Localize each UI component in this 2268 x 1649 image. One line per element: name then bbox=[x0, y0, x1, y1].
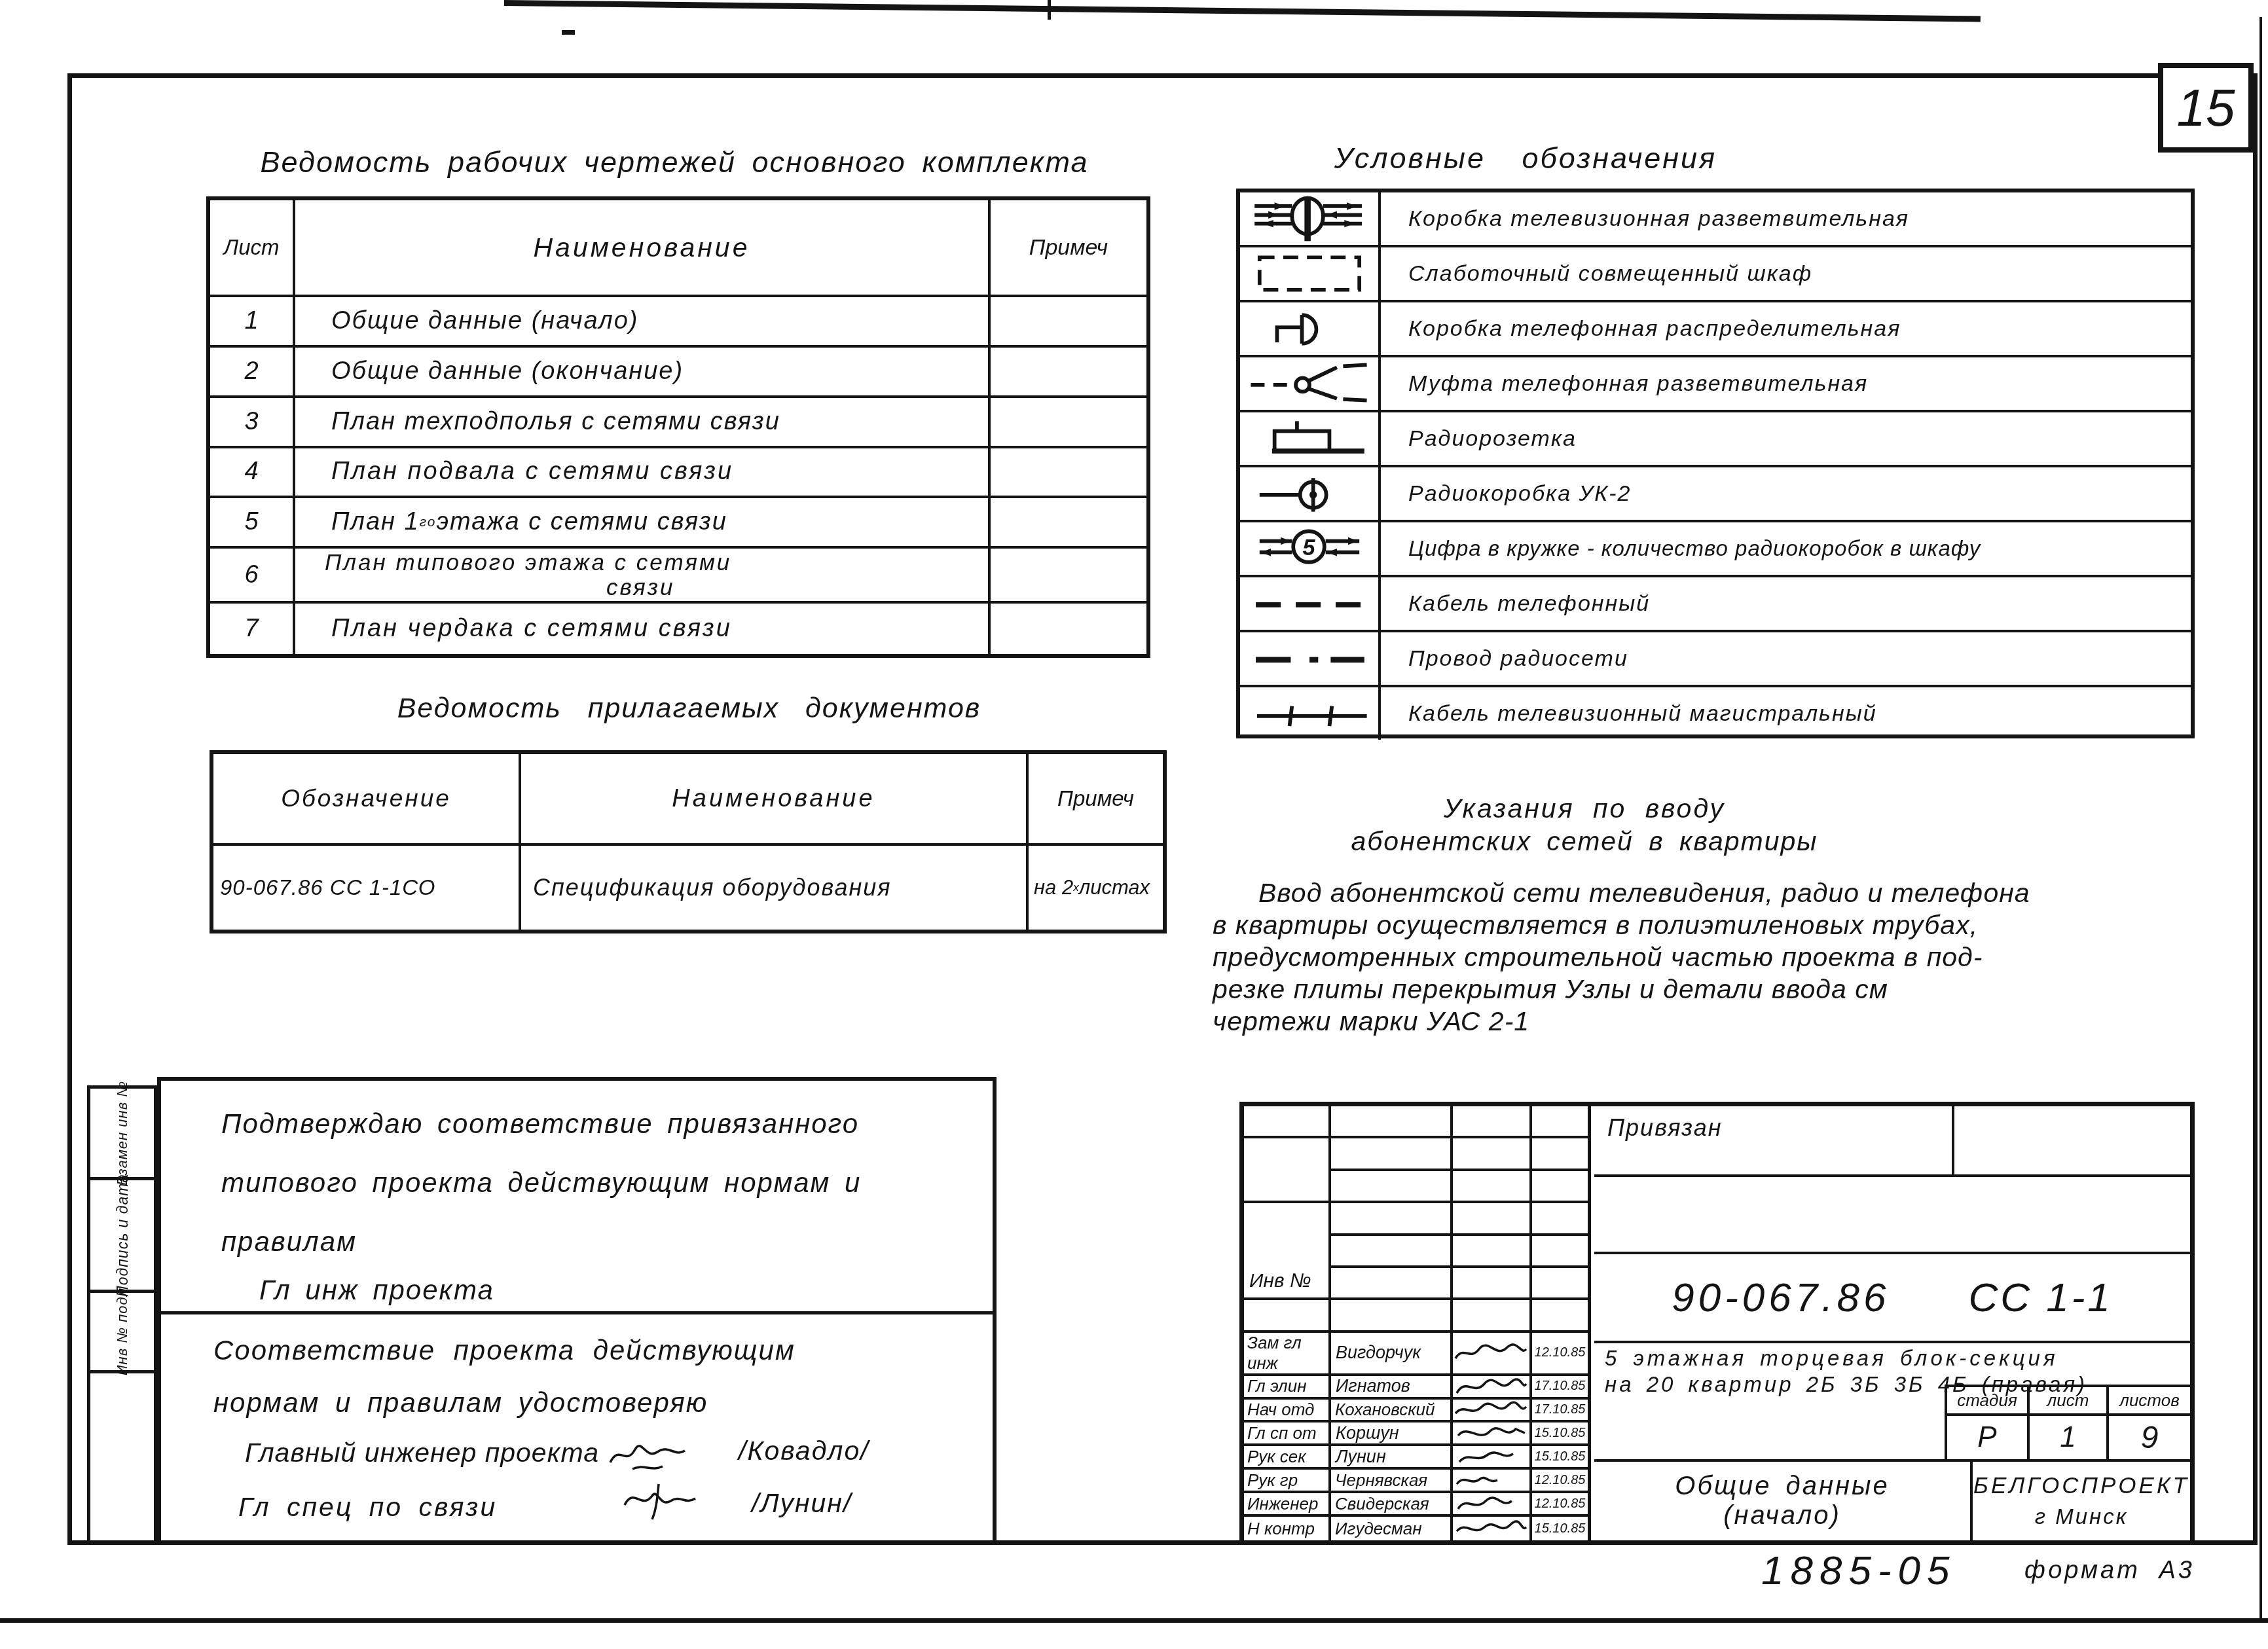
revision-cell bbox=[1331, 1268, 1453, 1300]
project-band: 5 этажная торцевая блок-секция на 20 ква… bbox=[1594, 1343, 2190, 1462]
revision-cell bbox=[1244, 1138, 1331, 1203]
doc-number: 90-067.86 bbox=[1672, 1275, 1890, 1321]
drawing-row-num: 2 bbox=[210, 348, 295, 398]
personnel-role: Гл сп от bbox=[1244, 1422, 1331, 1446]
radio-socket-icon bbox=[1240, 412, 1378, 465]
documents-table-title: Ведомость прилагаемых документов bbox=[210, 693, 1169, 725]
document-row-code: 90-067.86 СС 1-1СО bbox=[213, 846, 521, 930]
side-strip-label: Инв № подл bbox=[114, 1288, 131, 1375]
personnel-role: Нач отд bbox=[1244, 1400, 1331, 1423]
legend-label: Провод радиосети bbox=[1381, 632, 2191, 687]
title-block-personnel-grid: Инв № Зам гл инж bbox=[1244, 1106, 1591, 1540]
legend-symbol-cell bbox=[1240, 467, 1381, 522]
signature-icon bbox=[1453, 1376, 1528, 1397]
notes-body: Ввод абонентской сети телевидения, радио… bbox=[1213, 877, 2208, 1038]
sheets-value: 9 bbox=[2109, 1416, 2190, 1459]
document-row-name: Спецификация оборудования bbox=[521, 846, 1029, 930]
personnel-role: Инженер bbox=[1244, 1493, 1331, 1517]
signature-icon bbox=[606, 1438, 698, 1474]
personnel-date: 12.10.85 bbox=[1532, 1470, 1588, 1493]
approval-line: Соответствие проекта действующим bbox=[213, 1335, 796, 1366]
legend-symbol-cell bbox=[1240, 192, 1381, 247]
drawing-name-part: План 1 bbox=[331, 508, 420, 536]
organization-line1: БЕЛГОСПРОЕКТ bbox=[1973, 1473, 2189, 1499]
personnel-date: 15.10.85 bbox=[1532, 1422, 1588, 1446]
side-strip: Взамен инв № Подпись и дата Инв № подл bbox=[87, 1085, 157, 1545]
binding-cell-empty bbox=[1954, 1106, 2190, 1174]
personnel-signature bbox=[1453, 1422, 1532, 1446]
empty-band bbox=[1594, 1177, 2190, 1254]
documents-table: Обозначение Наименование Примеч 90-067.8… bbox=[210, 750, 1167, 933]
sheet-title-band: Общие данные (начало) БЕЛГОСПРОЕКТ г Мин… bbox=[1594, 1462, 2190, 1540]
sheet-value: 1 bbox=[2030, 1416, 2109, 1459]
binding-row: Привязан bbox=[1594, 1106, 2190, 1177]
binding-cell: Привязан bbox=[1594, 1106, 1954, 1174]
approval-signer-name: /Лунин/ bbox=[752, 1488, 852, 1519]
drawing-name-part: этажа с сетями связи bbox=[436, 508, 727, 536]
scan-artifact-tick bbox=[1048, 0, 1051, 20]
legend-label: Муфта телефонная разветвительная bbox=[1381, 357, 2191, 412]
signature-icon bbox=[1453, 1343, 1528, 1364]
revision-cell bbox=[1331, 1106, 1453, 1138]
signature-icon bbox=[1453, 1493, 1528, 1514]
approval-line: типового проекта действующим нормам и bbox=[221, 1167, 861, 1199]
legend-title: Условные обозначения bbox=[1237, 141, 1814, 175]
revision-cell bbox=[1532, 1300, 1588, 1332]
signature-icon bbox=[1453, 1400, 1528, 1421]
tv-splitter-box-icon bbox=[1240, 192, 1378, 245]
legend-label: Слаботочный совмещенный шкаф bbox=[1381, 247, 2191, 302]
approval-role: Гл инж проекта bbox=[259, 1275, 494, 1306]
drawing-row-num: 3 bbox=[210, 398, 295, 448]
drawing-row-note bbox=[991, 398, 1146, 448]
organization-cell: БЕЛГОСПРОЕКТ г Минск bbox=[1973, 1462, 2190, 1540]
approval-signer-name: /Ковадло/ bbox=[739, 1436, 869, 1466]
personnel-name: Коршун bbox=[1331, 1422, 1453, 1446]
approval-signer-role: Главный инженер проекта bbox=[245, 1438, 599, 1468]
documents-col-header-code: Обозначение bbox=[213, 754, 521, 846]
revision-cell bbox=[1331, 1171, 1453, 1203]
legend-symbol-cell bbox=[1240, 632, 1381, 687]
side-strip-cell: Взамен инв № bbox=[90, 1089, 154, 1180]
drawing-row-num: 7 bbox=[210, 604, 295, 654]
personnel-signature bbox=[1453, 1446, 1532, 1470]
drawings-table: Лист Наименование Примеч 1 Общие данные … bbox=[206, 196, 1150, 658]
drawing-row-num: 4 bbox=[210, 448, 295, 499]
legend-symbol-cell bbox=[1240, 302, 1381, 357]
revision-cell bbox=[1331, 1300, 1453, 1332]
personnel-date: 12.10.85 bbox=[1532, 1333, 1588, 1376]
personnel-signature bbox=[1453, 1333, 1532, 1376]
drawing-row-note bbox=[991, 448, 1146, 499]
title-block: Инв № Зам гл инж bbox=[1239, 1102, 2195, 1545]
revision-cell bbox=[1532, 1171, 1588, 1203]
drawing-name-line2: связи bbox=[325, 575, 988, 601]
circle-number: 5 bbox=[1302, 535, 1315, 560]
revision-cell bbox=[1532, 1268, 1588, 1300]
legend-symbol-cell bbox=[1240, 412, 1381, 467]
signature-icon bbox=[1453, 1470, 1528, 1491]
revision-cell bbox=[1331, 1203, 1453, 1235]
personnel-name: Лунин bbox=[1331, 1446, 1453, 1470]
revision-cell bbox=[1532, 1106, 1588, 1138]
personnel-name: Вигдорчук bbox=[1331, 1333, 1453, 1376]
drawings-table-title: Ведомость рабочих чертежей основного ком… bbox=[196, 145, 1152, 179]
documents-col-header-name: Наименование bbox=[521, 754, 1029, 846]
inventory-cell: Инв № bbox=[1244, 1203, 1331, 1300]
drawing-row-note bbox=[991, 549, 1146, 604]
legend-label: Коробка телевизионная разветвительная bbox=[1381, 192, 2191, 247]
notes-line: Ввод абонентской сети телевидения, радио… bbox=[1213, 877, 2208, 909]
legend-symbol-cell bbox=[1240, 687, 1381, 740]
drawing-name-line1: План типового этажа с сетями bbox=[325, 550, 988, 576]
scan-artifact-top-edge bbox=[504, 0, 1981, 22]
legend-label: Радиокоробка УК-2 bbox=[1381, 467, 2191, 522]
revision-cell bbox=[1453, 1300, 1532, 1332]
drawing-row-name: Общие данные (начало) bbox=[295, 297, 991, 348]
signature-icon bbox=[1453, 1518, 1528, 1539]
personnel-date: 17.10.85 bbox=[1532, 1400, 1588, 1423]
personnel-date: 15.10.85 bbox=[1532, 1446, 1588, 1470]
personnel-signature bbox=[1453, 1493, 1532, 1517]
side-strip-label: Подпись и дата bbox=[113, 1174, 131, 1297]
notes-line: в квартиры осуществляется в полиэтиленов… bbox=[1213, 909, 2208, 941]
stage-value: Р bbox=[1947, 1416, 2030, 1459]
approval-line: Подтверждаю соответствие привязанного bbox=[221, 1108, 859, 1140]
revision-cell bbox=[1453, 1138, 1532, 1170]
footer-format: формат А3 bbox=[2024, 1557, 2195, 1585]
personnel-signature bbox=[1453, 1517, 1532, 1540]
revision-cell bbox=[1532, 1203, 1588, 1235]
drawing-row-name: Общие данные (окончание) bbox=[295, 348, 991, 398]
organization-line2: г Минск bbox=[2035, 1504, 2129, 1529]
revision-cell bbox=[1453, 1203, 1532, 1235]
signature-icon bbox=[1453, 1422, 1528, 1443]
side-strip-cell: Подпись и дата bbox=[90, 1180, 154, 1293]
side-strip-cell: Инв № подл bbox=[90, 1293, 154, 1373]
personnel-signature bbox=[1453, 1400, 1532, 1423]
personnel-role: Зам гл инж bbox=[1244, 1333, 1331, 1376]
note-part: листах bbox=[1079, 876, 1150, 899]
scanned-drawing-sheet: 15 Ведомость рабочих чертежей основного … bbox=[0, 0, 2268, 1649]
scan-artifact-dash bbox=[562, 30, 575, 35]
notes-line: чертежи марки УАС 2-1 bbox=[1213, 1006, 2208, 1038]
tv-trunk-cable-icon bbox=[1240, 687, 1378, 740]
drawings-col-header-note: Примеч bbox=[991, 200, 1146, 297]
legend-table: Коробка телевизионная разветвительная Сл… bbox=[1236, 189, 2195, 738]
phone-coupling-icon bbox=[1240, 357, 1378, 410]
revision-cell bbox=[1331, 1236, 1453, 1268]
drawing-name-superscript: го bbox=[420, 515, 437, 530]
signature-icon bbox=[1453, 1446, 1528, 1467]
legend-symbol-cell: 5 bbox=[1240, 522, 1381, 577]
sheet-title-cell: Общие данные (начало) bbox=[1594, 1462, 1973, 1540]
drawings-col-header-sheet: Лист bbox=[210, 200, 295, 297]
drawing-row-name: План подвала с сетями связи bbox=[295, 448, 991, 499]
revision-cell bbox=[1453, 1171, 1532, 1203]
sheets-header: листов bbox=[2109, 1387, 2190, 1413]
side-strip-cell-empty bbox=[90, 1373, 154, 1542]
scan-artifact-bottom-edge bbox=[0, 1618, 2268, 1623]
personnel-name: Кохановский bbox=[1331, 1400, 1453, 1423]
binding-label: Привязан bbox=[1594, 1106, 1723, 1142]
document-row-note: на 2х листах bbox=[1029, 846, 1163, 930]
radio-box-uk2-icon bbox=[1240, 467, 1378, 520]
notes-line: предусмотренных строительной частью прое… bbox=[1213, 941, 2208, 973]
doc-code: СС 1-1 bbox=[1968, 1275, 2112, 1321]
personnel-role: Гл элин bbox=[1244, 1376, 1331, 1400]
sheet-title-line2: (начало) bbox=[1723, 1501, 1841, 1531]
side-strip-label: Взамен инв № bbox=[114, 1080, 131, 1185]
drawing-row-note bbox=[991, 498, 1146, 549]
approval-signer-role: Гл спец по связи bbox=[238, 1492, 497, 1523]
revision-cell bbox=[1244, 1106, 1331, 1138]
footer-code: 1885-05 bbox=[1761, 1548, 1956, 1594]
note-superscript: х bbox=[1073, 881, 1079, 894]
documents-col-header-note: Примеч bbox=[1029, 754, 1163, 846]
approval-box: Подтверждаю соответствие привязанного ти… bbox=[157, 1077, 997, 1545]
sheet-header: лист bbox=[2030, 1387, 2109, 1413]
drawing-row-num: 5 bbox=[210, 498, 295, 549]
phone-cable-icon bbox=[1240, 577, 1378, 630]
circled-count-icon: 5 bbox=[1240, 522, 1378, 575]
drawing-row-num: 1 bbox=[210, 297, 295, 348]
approval-line: нормам и правилам удостоверяю bbox=[213, 1387, 708, 1419]
revision-cell bbox=[1532, 1236, 1588, 1268]
drawing-row-note bbox=[991, 348, 1146, 398]
radio-wire-icon bbox=[1240, 632, 1378, 685]
revision-cell bbox=[1453, 1236, 1532, 1268]
phone-distribution-box-icon bbox=[1240, 302, 1378, 355]
inventory-label: Инв № bbox=[1244, 1270, 1311, 1297]
scan-artifact-right-edge bbox=[2259, 17, 2262, 1618]
drawings-col-header-name: Наименование bbox=[295, 200, 991, 297]
personnel-signature bbox=[1453, 1376, 1532, 1400]
personnel-role: Рук сек bbox=[1244, 1446, 1331, 1470]
drawing-row-name: План 1го этажа с сетями связи bbox=[295, 498, 991, 549]
legend-symbol-cell bbox=[1240, 357, 1381, 412]
revision-cell bbox=[1532, 1138, 1588, 1170]
personnel-signature bbox=[1453, 1470, 1532, 1493]
personnel-name: Свидерская bbox=[1331, 1493, 1453, 1517]
doc-number-band: 90-067.86 СС 1-1 bbox=[1594, 1254, 2190, 1343]
revision-cell bbox=[1331, 1138, 1453, 1170]
revision-cell bbox=[1453, 1106, 1532, 1138]
drawing-row-name: План чердака с сетями связи bbox=[295, 604, 991, 654]
personnel-date: 17.10.85 bbox=[1532, 1376, 1588, 1400]
drawing-row-name: План типового этажа с сетями связи bbox=[295, 549, 991, 604]
stage-subtable: стадия лист листов Р 1 9 bbox=[1945, 1385, 2190, 1459]
legend-label: Кабель телевизионный магистральный bbox=[1381, 687, 2191, 740]
approval-divider bbox=[161, 1311, 993, 1314]
signature-icon bbox=[619, 1479, 704, 1522]
title-block-right-area: Привязан 90-067.86 СС 1-1 5 этажная торц… bbox=[1594, 1106, 2190, 1540]
project-line1: 5 этажная торцевая блок-секция bbox=[1594, 1343, 2190, 1371]
notes-title-line1: Указания по вводу bbox=[1224, 793, 1945, 824]
personnel-name: Чернявская bbox=[1331, 1470, 1453, 1493]
legend-label: Цифра в кружке - количество радиокоробок… bbox=[1381, 522, 2191, 577]
note-part: на 2 bbox=[1034, 876, 1073, 899]
stage-header: стадия bbox=[1947, 1387, 2030, 1413]
legend-symbol-cell bbox=[1240, 247, 1381, 302]
legend-label: Кабель телефонный bbox=[1381, 577, 2191, 632]
drawing-row-name: План техподполья с сетями связи bbox=[295, 398, 991, 448]
sheet-title-line1: Общие данные bbox=[1675, 1472, 1889, 1501]
personnel-date: 15.10.85 bbox=[1532, 1517, 1588, 1540]
personnel-date: 12.10.85 bbox=[1532, 1493, 1588, 1517]
drawing-row-note bbox=[991, 297, 1146, 348]
page-number-box: 15 bbox=[2158, 63, 2254, 153]
notes-line: резке плиты перекрытия Узлы и детали вво… bbox=[1213, 973, 2208, 1006]
drawing-row-note bbox=[991, 604, 1146, 654]
legend-label: Радиорозетка bbox=[1381, 412, 2191, 467]
personnel-role: Рук гр bbox=[1244, 1470, 1331, 1493]
personnel-name: Игнатов bbox=[1331, 1376, 1453, 1400]
low-current-cabinet-icon bbox=[1240, 247, 1378, 300]
revision-cell bbox=[1244, 1300, 1331, 1332]
revision-cell bbox=[1453, 1268, 1532, 1300]
approval-line: правилам bbox=[221, 1226, 357, 1258]
personnel-role: Н контр bbox=[1244, 1517, 1331, 1540]
legend-symbol-cell bbox=[1240, 577, 1381, 632]
personnel-name: Игудесман bbox=[1331, 1517, 1453, 1540]
drawing-row-num: 6 bbox=[210, 549, 295, 604]
page-number: 15 bbox=[2177, 78, 2235, 138]
notes-title-line2: абонентских сетей в квартиры bbox=[1224, 826, 1945, 857]
legend-label: Коробка телефонная распределительная bbox=[1381, 302, 2191, 357]
